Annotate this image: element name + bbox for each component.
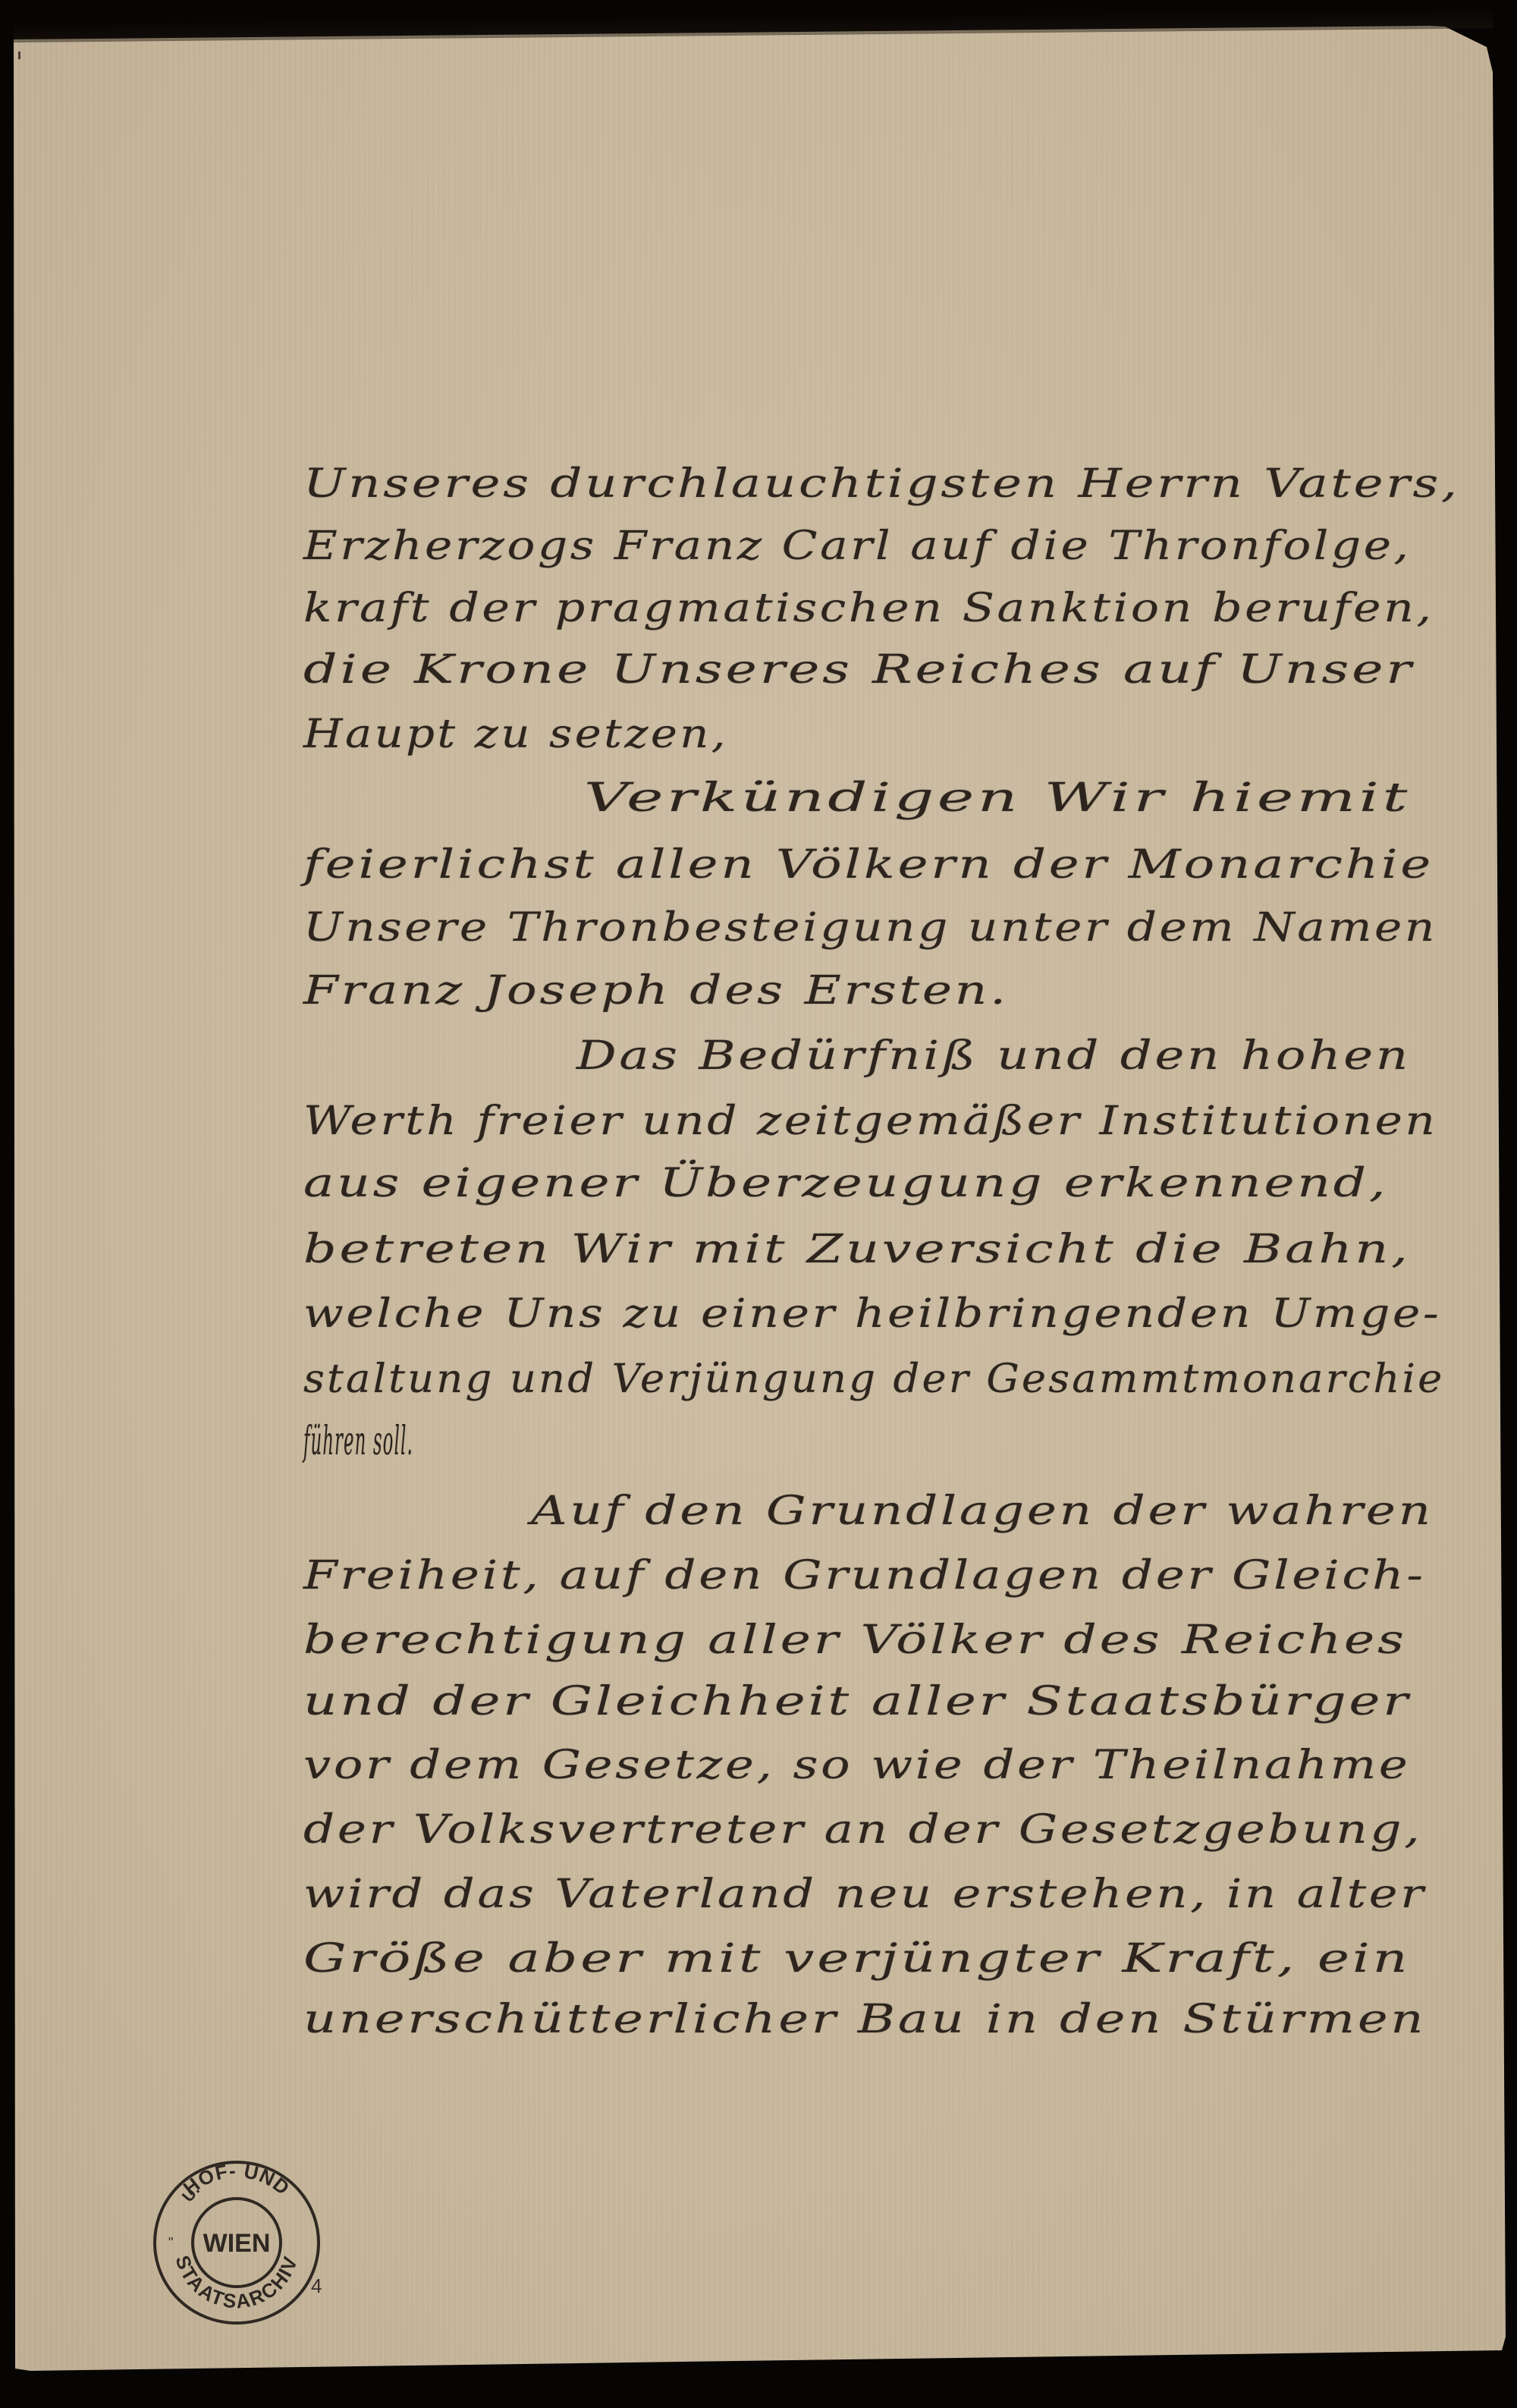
manuscript-line: Unsere Thronbesteigung unter dem Namen [303,905,1437,951]
manuscript-line: die Krone Unseres Reiches auf Unser [303,647,1415,693]
manuscript-line: Erzherzogs Franz Carl auf die Thronfolge… [303,523,1412,569]
manuscript-line: Haupt zu setzen, [303,712,728,757]
stamp-seal-icon: HOF- UND STAATSARCHIV U. " WIEN [149,2156,325,2329]
manuscript-line: Franz Joseph des Ersten. [303,968,1009,1014]
manuscript-line: betreten Wir mit Zuversicht die Bahn, [303,1227,1411,1272]
stamp-center-text: WIEN [203,2229,271,2258]
manuscript-line: der Volksvertreter an der Gesetzgebung, [303,1807,1422,1853]
manuscript-line: Verkündigen Wir hiemit [584,775,1411,821]
stamp-left-mark: " [168,2235,173,2250]
manuscript-line: führen soll. [303,1419,413,1464]
manuscript-line: Unseres durchlauchtigsten Herrn Vaters, [303,461,1460,507]
manuscript-line: Werth freier und zeitgemäßer Institution… [303,1099,1437,1144]
handwritten-text: Unseres durchlauchtigsten Herrn Vaters,E… [0,0,1517,2408]
manuscript-line: berechtigung aller Völker des Reiches [303,1617,1407,1663]
manuscript-line: Auf den Grundlagen der wahren [531,1488,1434,1534]
folio-number: 4 [311,2274,322,2298]
manuscript-line: vor dem Gesetze, so wie der Theilnahme [303,1743,1410,1788]
manuscript-line: unerschütterlicher Bau in den Stürmen [303,1997,1426,2042]
manuscript-line: kraft der pragmatischen Sanktion berufen… [303,586,1434,631]
manuscript-line: wird das Vaterland neu erstehen, in alte… [303,1872,1426,1917]
manuscript-line: feierlichst allen Völkern der Monarchie [303,842,1434,888]
manuscript-line: Freiheit, auf den Grundlagen der Gleich- [303,1553,1426,1599]
manuscript-line: Größe aber mit verjüngter Kraft, ein [303,1936,1411,1982]
manuscript-line: aus eigener Überzeugung erkennend, [303,1161,1388,1206]
manuscript-line: und der Gleichheit aller Staatsbürger [303,1679,1411,1724]
archive-stamp: HOF- UND STAATSARCHIV U. " WIEN [149,2156,325,2329]
manuscript-line: welche Uns zu einer heilbringenden Umge- [303,1291,1441,1337]
manuscript-line: staltung und Verjüngung der Gesammtmonar… [303,1356,1444,1402]
svg-text:STAATSARCHIV: STAATSARCHIV [171,2252,302,2313]
stamp-bottom-text: STAATSARCHIV [171,2252,302,2313]
manuscript-line: Das Bedürfniß und den hohen [576,1033,1411,1079]
